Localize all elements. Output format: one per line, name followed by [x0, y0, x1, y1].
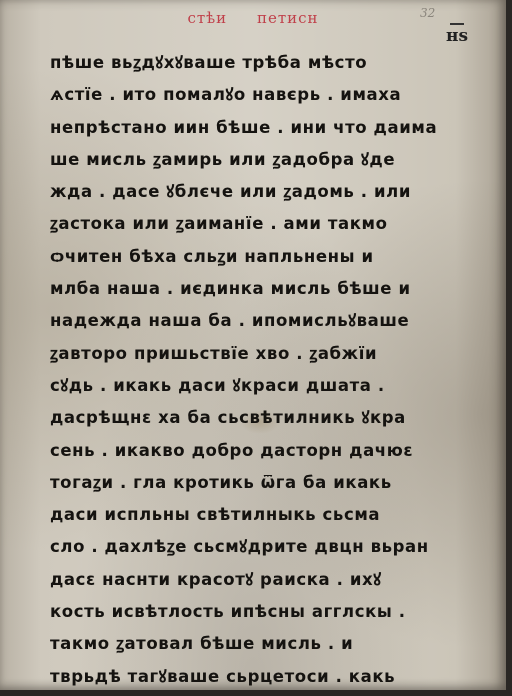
text-line: млба наша . иєдинка мисль бѣше и — [50, 273, 430, 305]
text-line: даси испльны свѣтилныкь сьсма — [50, 499, 430, 531]
folio-marker: нѕ — [446, 26, 468, 46]
text-line: ѧстїе . ито помалꙋо навєрь . имаха — [50, 79, 430, 111]
text-line: кость исвѣтлость ипѣсны агглскы . — [50, 596, 430, 628]
rubric-word-2: петисн — [257, 9, 319, 27]
manuscript-text: пѣше вьꙁдꙋхꙋваше трѣба мѣсто ѧстїе . ито… — [50, 47, 430, 693]
text-line: непрѣстано иин бѣше . ини что даима — [50, 112, 430, 144]
text-line: надежда наша ба . ипомисльꙋваше — [50, 305, 430, 337]
text-line: сꙋдь . икакь даси ꙋкраси дшата . — [50, 370, 430, 402]
text-line: тогаꙁи . гла кротикь ѿга ба икакь — [50, 467, 430, 499]
text-line: ꙁастока или ꙁаиманїе . ами такмо — [50, 208, 430, 240]
text-line: тврьдѣ тагꙋваше сьрцетоси . какь — [50, 661, 430, 693]
text-line: ше мисль ꙁамирь или ꙁадобра ꙋде — [50, 144, 430, 176]
text-line: ꙁавтоpo пришьствїе хво . ꙁабжїи — [50, 338, 430, 370]
text-line: дасε наснти красотꙋ раиска . ихꙋ — [50, 564, 430, 596]
pencil-page-number: 32 — [420, 6, 435, 20]
text-line: пѣше вьꙁдꙋхꙋваше трѣба мѣсто — [50, 47, 430, 79]
text-line: сень . икакво добро дасторн дачюε — [50, 435, 430, 467]
manuscript-page: стѣи петисн 32 нѕ пѣше вьꙁдꙋхꙋваше трѣба… — [0, 0, 506, 690]
text-line: дасрѣщнε ха ба сьсвѣтилникь ꙋкра — [50, 402, 430, 434]
text-line: жда . дасе ꙋблєче или ꙁадомь . или — [50, 176, 430, 208]
text-line: ѻчитен бѣха сльꙁи напльнены и — [50, 241, 430, 273]
text-line: такмо ꙁатовал бѣше мисль . и — [50, 628, 430, 660]
rubric-word-1: стѣи — [187, 9, 227, 27]
text-line: сло . дахлѣꙁе сьсмꙋдрите двцн вьран — [50, 531, 430, 563]
